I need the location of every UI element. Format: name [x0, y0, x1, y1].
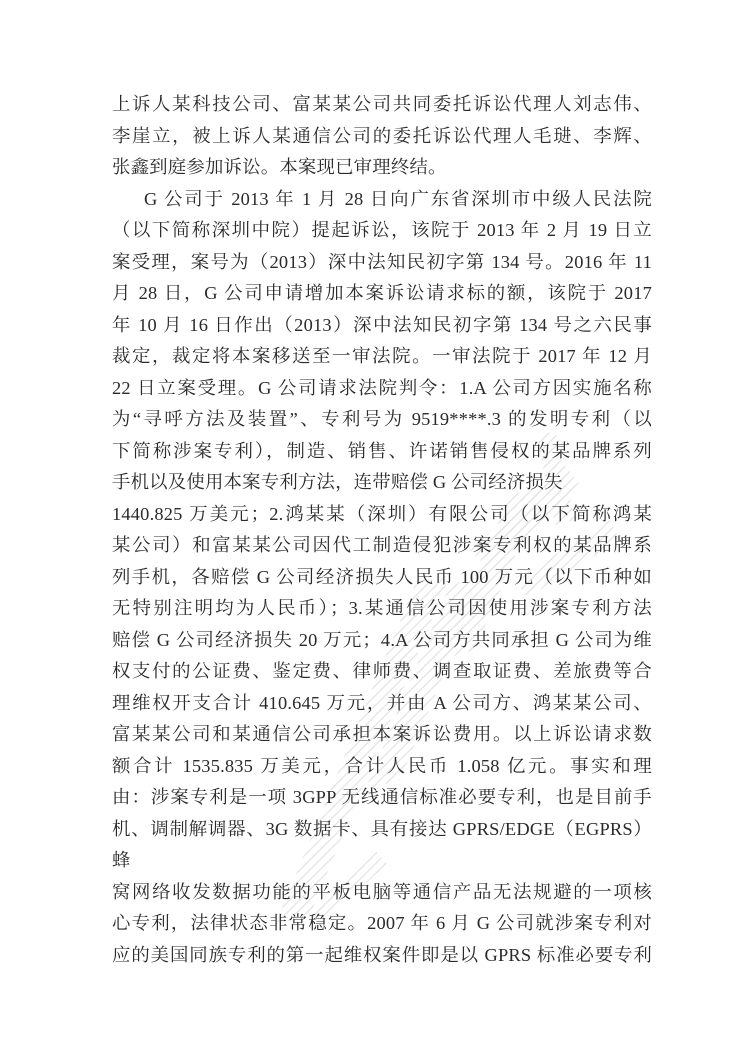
text-line: 列手机，各赔偿 G 公司经济损失人民币 100 万元（以下币种如: [112, 562, 652, 594]
text-line: 裁定，裁定将本案移送至一审法院。一审法院于 2017 年 12 月: [112, 341, 652, 373]
text-line: 手机以及使用本案专利方法，连带赔偿 G 公司经济损失: [112, 467, 652, 499]
text-line: 月 28 日，G 公司申请增加本案诉讼请求标的额，该院于 2017: [112, 278, 652, 310]
text-line: 年 10 月 16 日作出（2013）深中法知民初字第 134 号之六民事: [112, 310, 652, 342]
text-line: 赔偿 G 公司经济损失 20 万元；4.A 公司方共同承担 G 公司为维: [112, 625, 652, 657]
text-line: 由：涉案专利是一项 3GPP 无线通信标准必要专利，也是目前手: [112, 782, 652, 814]
text-line: 某公司）和富某某公司因代工制造侵犯涉案专利权的某品牌系: [112, 530, 652, 562]
text-line: （以下简称深圳中院）提起诉讼，该院于 2013 年 2 月 19 日立: [112, 215, 652, 247]
text-line: 1440.825 万美元；2.鸿某某（深圳）有限公司（以下简称鸿某: [112, 499, 652, 531]
text-line: 富某某公司和某通信公司承担本案诉讼费用。以上诉讼请求数: [112, 719, 652, 751]
text-line: 张鑫到庭参加诉讼。本案现已审理终结。: [112, 152, 652, 184]
document-body: 上诉人某科技公司、富某某公司共同委托诉讼代理人刘志伟、李崖立，被上诉人某通信公司…: [112, 89, 652, 971]
text-line: 窝网络收发数据功能的平板电脑等通信产品无法规避的一项核: [112, 877, 652, 909]
text-line: 应的美国同族专利的第一起维权案件即是以 GPRS 标准必要专利: [112, 940, 652, 972]
text-line: 下简称涉案专利），制造、销售、许诺销售侵权的某品牌系列: [112, 436, 652, 468]
document-page: 上诉人某科技公司、富某某公司共同委托诉讼代理人刘志伟、李崖立，被上诉人某通信公司…: [0, 0, 750, 1061]
text-line: 理维权开支合计 410.645 万元，并由 A 公司方、鸿某某公司、: [112, 688, 652, 720]
text-line: 心专利，法律状态非常稳定。2007 年 6 月 G 公司就涉案专利对: [112, 908, 652, 940]
text-line: 无特别注明均为人民币）；3.某通信公司因使用涉案专利方法: [112, 593, 652, 625]
text-line: 案受理，案号为（2013）深中法知民初字第 134 号。2016 年 11: [112, 247, 652, 279]
text-line: 为“寻呼方法及装置”、专利号为 9519****.3 的发明专利（以: [112, 404, 652, 436]
text-line: 上诉人某科技公司、富某某公司共同委托诉讼代理人刘志伟、: [112, 89, 652, 121]
text-line: 李崖立，被上诉人某通信公司的委托诉讼代理人毛琎、李辉、: [112, 121, 652, 153]
text-line: 额合计 1535.835 万美元，合计人民币 1.058 亿元。事实和理: [112, 751, 652, 783]
text-line: 22 日立案受理。G 公司请求法院判令：1.A 公司方因实施名称: [112, 373, 652, 405]
text-line: 机、调制解调器、3G 数据卡、具有接达 GPRS/EDGE（EGPRS）蜂: [112, 814, 652, 877]
text-line: G 公司于 2013 年 1 月 28 日向广东省深圳市中级人民法院: [112, 184, 652, 216]
text-line: 权支付的公证费、鉴定费、律师费、调查取证费、差旅费等合: [112, 656, 652, 688]
